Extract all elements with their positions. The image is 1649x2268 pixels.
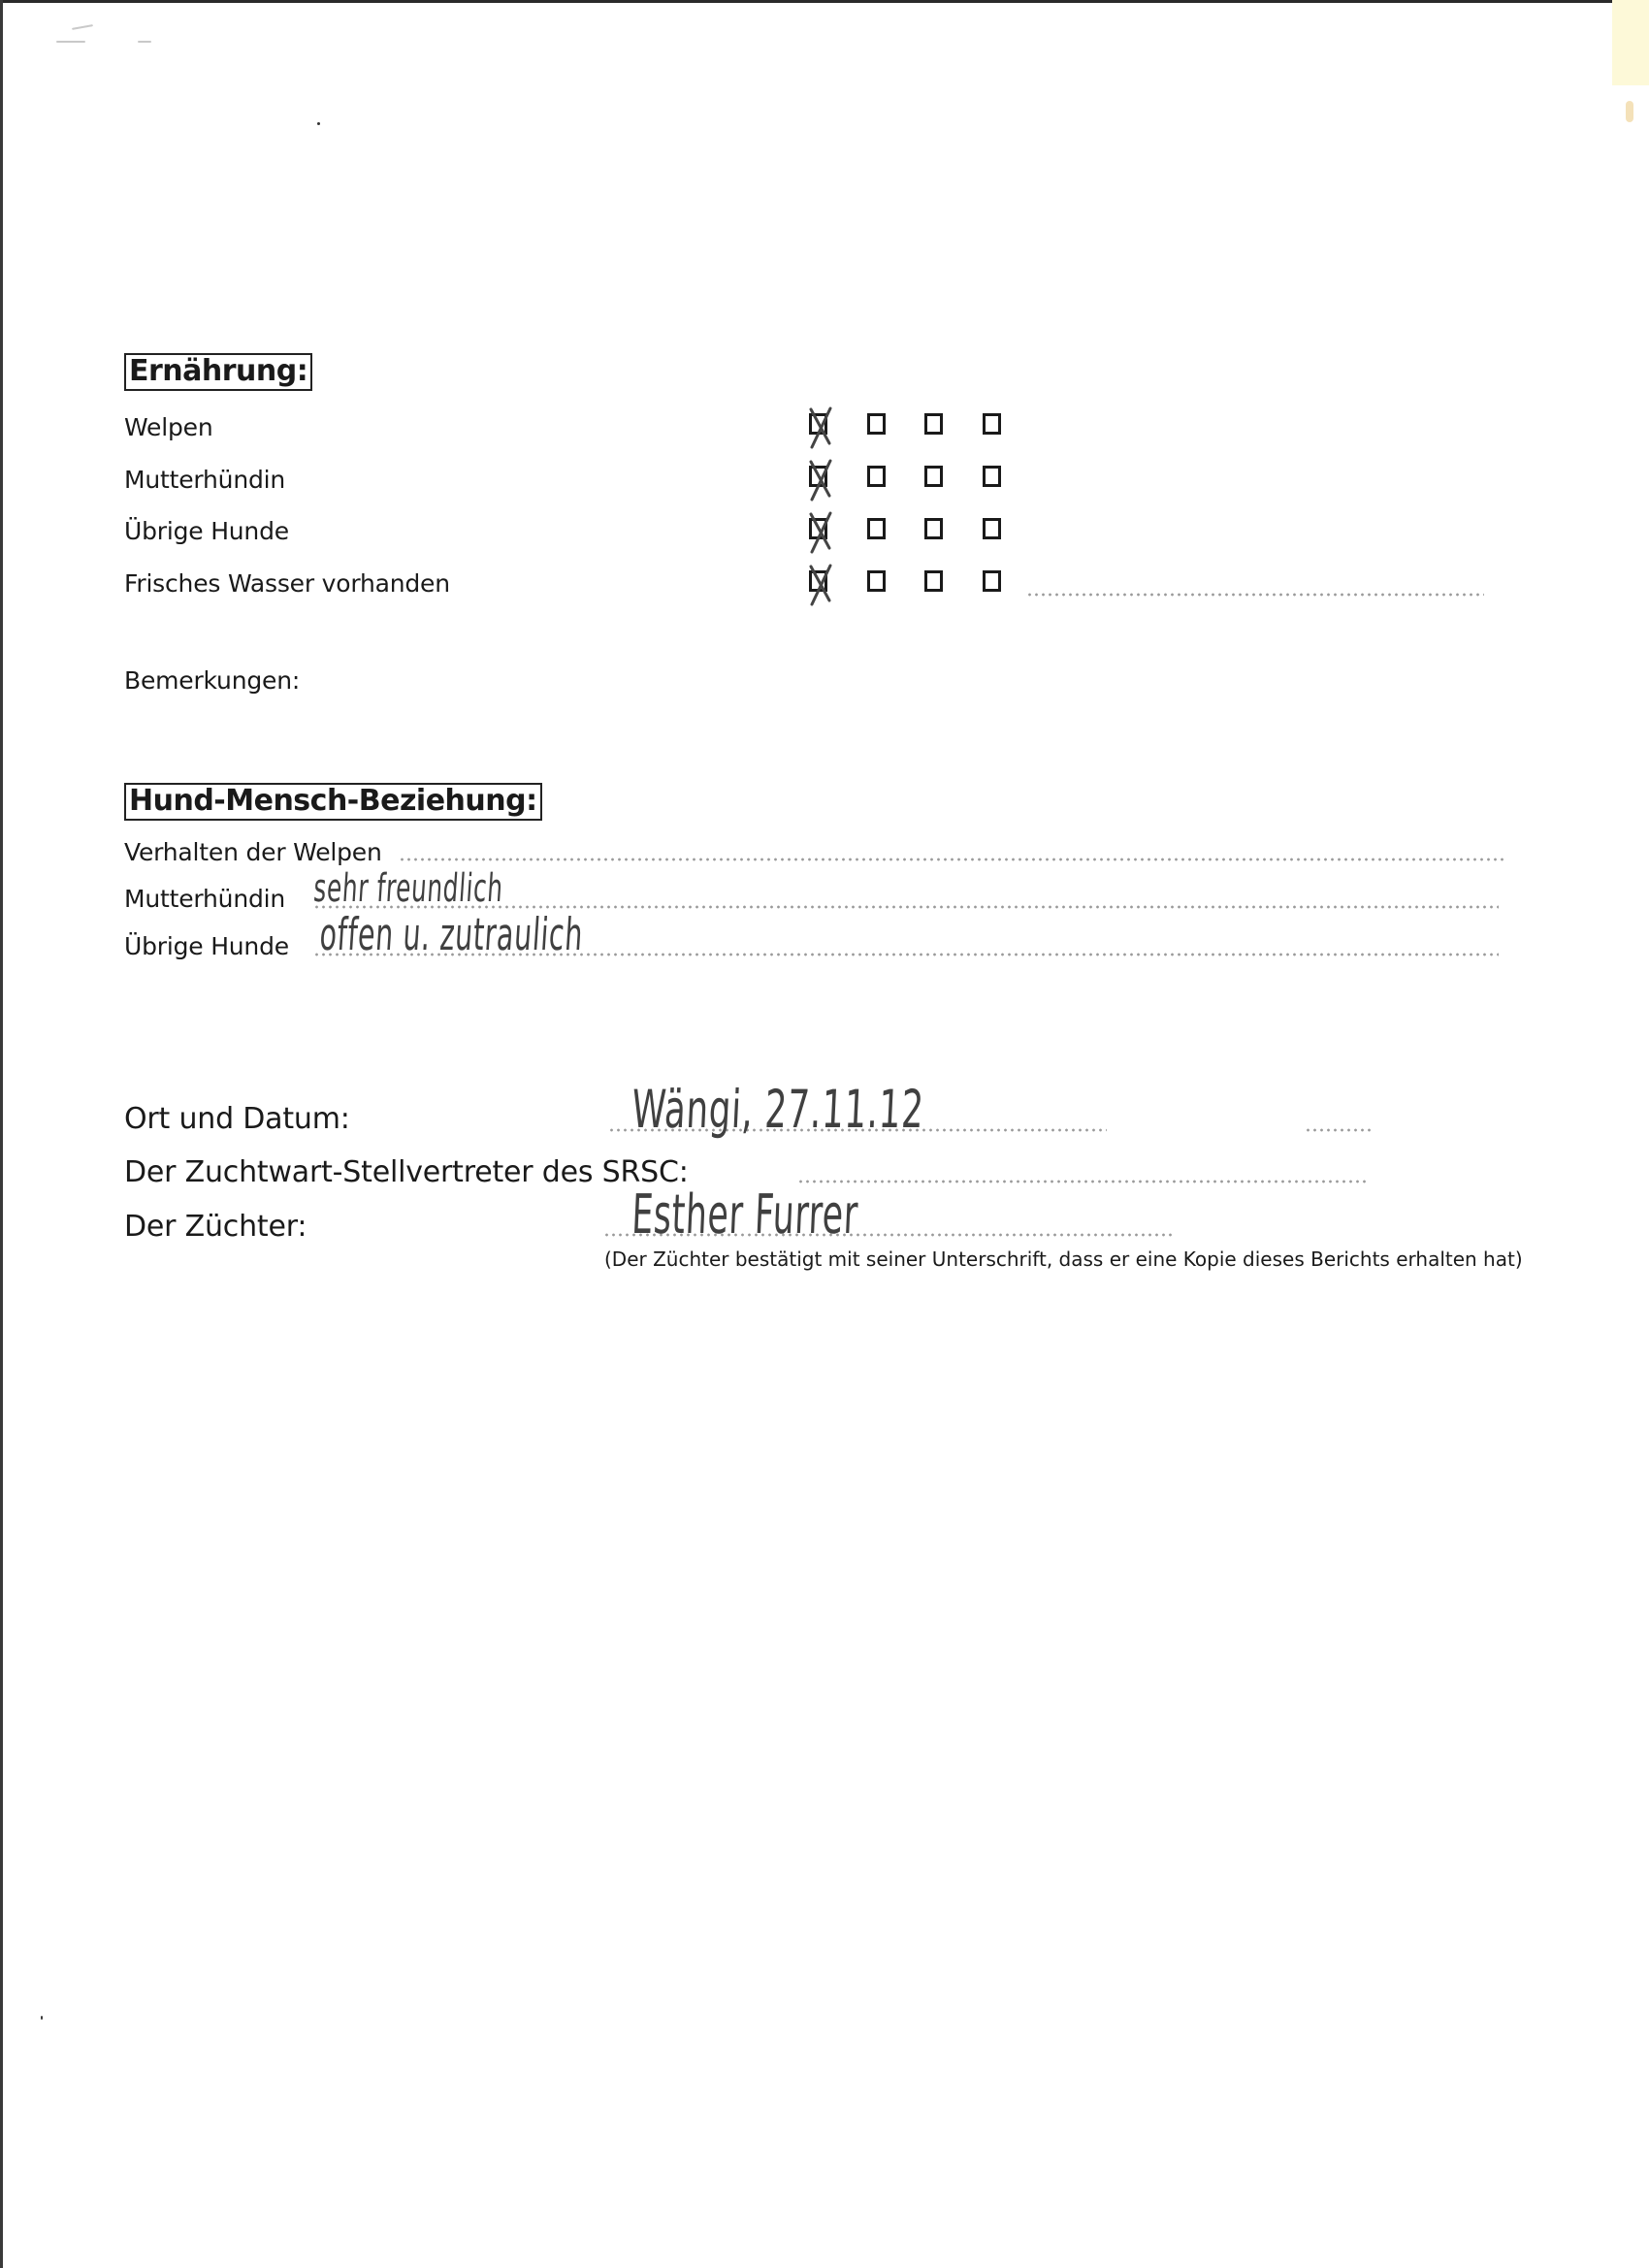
- remarks-label: Bemerkungen:: [124, 668, 300, 693]
- nutrition-row-label: Frisches Wasser vorhanden: [124, 571, 450, 596]
- checkbox[interactable]: [983, 413, 1001, 435]
- place-date-label: Ort und Datum:: [124, 1105, 350, 1134]
- handwritten-other-dogs-behaviour[interactable]: offen u. zutraulich: [318, 908, 585, 960]
- scan-speck: [41, 2016, 43, 2020]
- handwritten-x-mark-icon: [806, 406, 835, 449]
- dotted-line[interactable]: [399, 858, 1506, 861]
- checkbox[interactable]: [983, 518, 1001, 539]
- checkbox[interactable]: [809, 570, 827, 592]
- section-heading-nutrition: Ernährung:: [124, 353, 312, 391]
- checkbox[interactable]: [867, 518, 886, 539]
- scan-smudge: [72, 24, 93, 30]
- checkbox[interactable]: [983, 466, 1001, 487]
- handwritten-x-mark-icon: [806, 459, 835, 502]
- deputy-label: Der Zuchtwart-Stellvertreter des SRSC:: [124, 1158, 689, 1187]
- dotted-line: [1026, 593, 1484, 597]
- nutrition-row-label: Übrige Hunde: [124, 519, 289, 543]
- paper-tab-mark: [1612, 0, 1649, 85]
- relationship-row-label: Mutterhündin: [124, 887, 285, 911]
- handwritten-x-mark-icon: [806, 564, 835, 606]
- scan-edge: [0, 0, 1649, 3]
- checkbox[interactable]: [867, 570, 886, 592]
- checkbox[interactable]: [924, 413, 943, 435]
- relationship-row-label: Verhalten der Welpen: [124, 840, 382, 864]
- checkbox[interactable]: [924, 518, 943, 539]
- breeder-signature[interactable]: Esther Furrer: [630, 1183, 859, 1247]
- checkbox[interactable]: [867, 466, 886, 487]
- nutrition-row-label: Welpen: [124, 415, 212, 439]
- checkbox[interactable]: [983, 570, 1001, 592]
- section-heading-relationship: Hund-Mensch-Beziehung:: [124, 783, 542, 821]
- checkbox[interactable]: [809, 518, 827, 539]
- scan-speck: [317, 122, 320, 125]
- scan-smudge: [138, 41, 151, 43]
- handwritten-x-mark-icon: [806, 511, 835, 554]
- checkbox[interactable]: [867, 413, 886, 435]
- handwritten-mother-behaviour[interactable]: sehr freundlich: [312, 866, 504, 911]
- scan-smudge: [56, 41, 85, 43]
- scan-edge: [0, 0, 3, 2268]
- nutrition-row-label: Mutterhündin: [124, 468, 285, 492]
- checkbox[interactable]: [809, 413, 827, 435]
- relationship-row-label: Übrige Hunde: [124, 934, 289, 958]
- checkbox[interactable]: [809, 466, 827, 487]
- breeder-note: (Der Züchter bestätigt mit seiner Unters…: [604, 1249, 1523, 1269]
- checkbox[interactable]: [924, 466, 943, 487]
- dotted-line[interactable]: [797, 1180, 1370, 1183]
- dotted-line: [1305, 1128, 1373, 1132]
- handwritten-place-date[interactable]: Wängi, 27.11.12: [630, 1079, 925, 1140]
- breeder-label: Der Züchter:: [124, 1213, 307, 1242]
- checkbox[interactable]: [924, 570, 943, 592]
- paper-stain: [1626, 101, 1633, 122]
